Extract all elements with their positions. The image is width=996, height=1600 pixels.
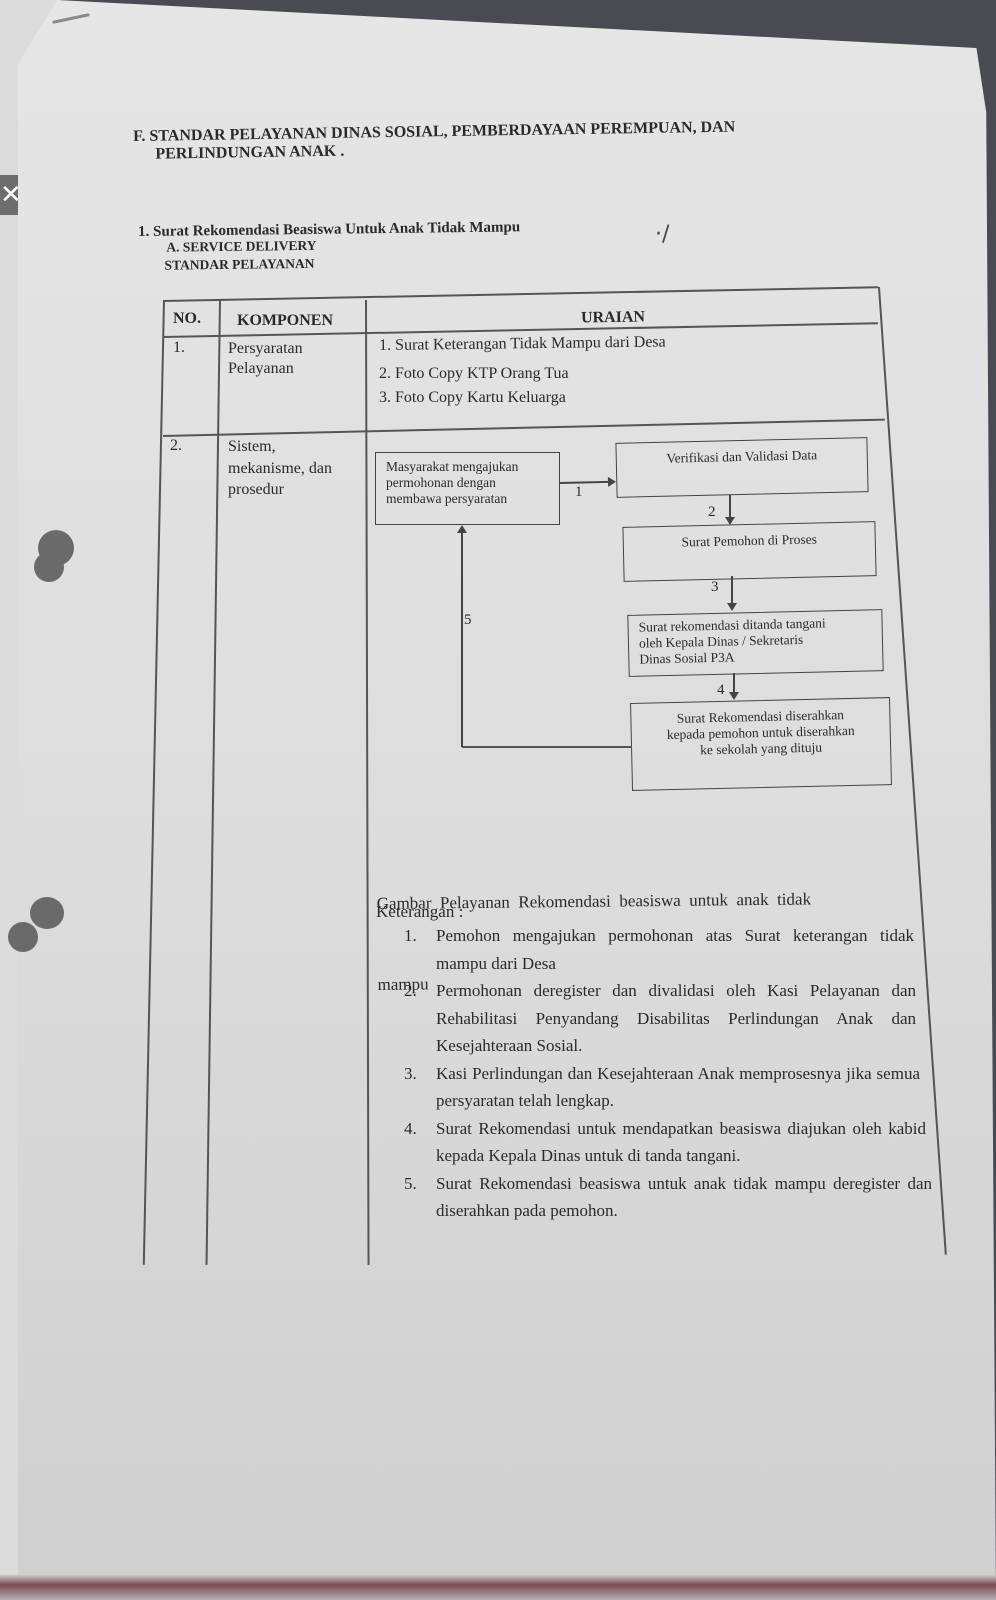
table-row-divider	[163, 419, 885, 437]
list-item: 4.Surat Rekomendasi untuk mendapatkan be…	[404, 1115, 926, 1170]
row2-komponen-line2: mekanisme, dan	[228, 459, 332, 479]
flow-step-text: Masyarakat mengajukan	[386, 459, 549, 475]
header-komponen: KOMPONEN	[237, 311, 333, 331]
flow-step-handover: Surat Rekomendasi diserahkan kepada pemo…	[630, 697, 892, 791]
list-item: 5.Surat Rekomendasi beasiswa untuk anak …	[404, 1170, 932, 1225]
table-col-divider-komponen	[365, 300, 369, 1265]
list-item-text: Surat Rekomendasi beasiswa untuk anak ti…	[436, 1174, 932, 1221]
list-item: 1.Pemohon mengajukan permohonan atas Sur…	[404, 922, 914, 977]
list-item-number: 5.	[404, 1170, 417, 1198]
header-no: NO.	[173, 309, 201, 329]
list-item-number: 3.	[404, 1060, 417, 1088]
list-item-text: Permohonan deregister dan divalidasi ole…	[436, 981, 916, 1055]
arrow-down-icon	[733, 673, 735, 698]
flow-step-apply: Masyarakat mengajukan permohonan dengan …	[375, 452, 560, 525]
row1-komponen-line2: Pelayanan	[228, 359, 294, 379]
edge-label: 4	[717, 682, 725, 699]
requirement-item: 3. Foto Copy Kartu Keluarga	[379, 388, 566, 408]
edge-label: 5	[464, 612, 472, 629]
flow-step-text: permohonan dengan	[386, 475, 549, 491]
list-item-text: Pemohon mengajukan permohonan atas Surat…	[436, 926, 914, 973]
edge-label: 1	[575, 484, 583, 501]
row2-komponen-line3: prosedur	[228, 480, 284, 500]
arrow-down-icon	[729, 495, 731, 523]
list-item-text: Surat Rekomendasi untuk mendapatkan beas…	[436, 1119, 926, 1166]
list-item: 3.Kasi Perlindungan dan Kesejahteraan An…	[404, 1060, 920, 1115]
requirement-item: 2. Foto Copy KTP Orang Tua	[379, 364, 569, 384]
flow-step-verify: Verifikasi dan Validasi Data	[615, 437, 868, 498]
flow-step-text: Surat Pemohon di Proses	[634, 530, 865, 551]
list-item-number: 4.	[404, 1115, 417, 1143]
table-border-top	[163, 286, 878, 301]
row2-no: 2.	[170, 436, 182, 456]
requirement-item: 1. Surat Keterangan Tidak Mampu dari Des…	[379, 332, 666, 356]
list-item: 2.Permohonan deregister dan divalidasi o…	[404, 977, 916, 1060]
row1-komponen-line1: Persyaratan	[228, 339, 303, 359]
keterangan-list: 1.Pemohon mengajukan permohonan atas Sur…	[404, 922, 916, 1225]
list-item-text: Kasi Perlindungan dan Kesejahteraan Anak…	[436, 1064, 920, 1111]
keterangan-label: Keterangan :	[376, 898, 463, 925]
edge-label: 3	[711, 579, 719, 596]
flow-step-sign: Surat rekomendasi ditanda tangani oleh K…	[627, 609, 883, 677]
service-standard-table	[0, 0, 996, 1600]
list-item-number: 1.	[404, 922, 417, 950]
flow-step-text: membawa persyaratan	[386, 491, 549, 507]
table-col-divider-no	[206, 300, 221, 1265]
arrow-down-icon	[731, 576, 733, 609]
edge-label: 2	[708, 504, 716, 521]
row2-komponen-line1: Sistem,	[228, 437, 276, 457]
flow-step-process: Surat Pemohon di Proses	[622, 521, 876, 582]
return-line-horizontal	[462, 746, 632, 748]
table-border-left	[143, 300, 165, 1265]
flow-step-text: Verifikasi dan Validasi Data	[627, 446, 857, 467]
header-uraian: URAIAN	[581, 307, 645, 328]
arrow-up-icon	[461, 527, 463, 747]
list-item-number: 2.	[404, 977, 417, 1005]
row1-no: 1.	[173, 338, 185, 358]
